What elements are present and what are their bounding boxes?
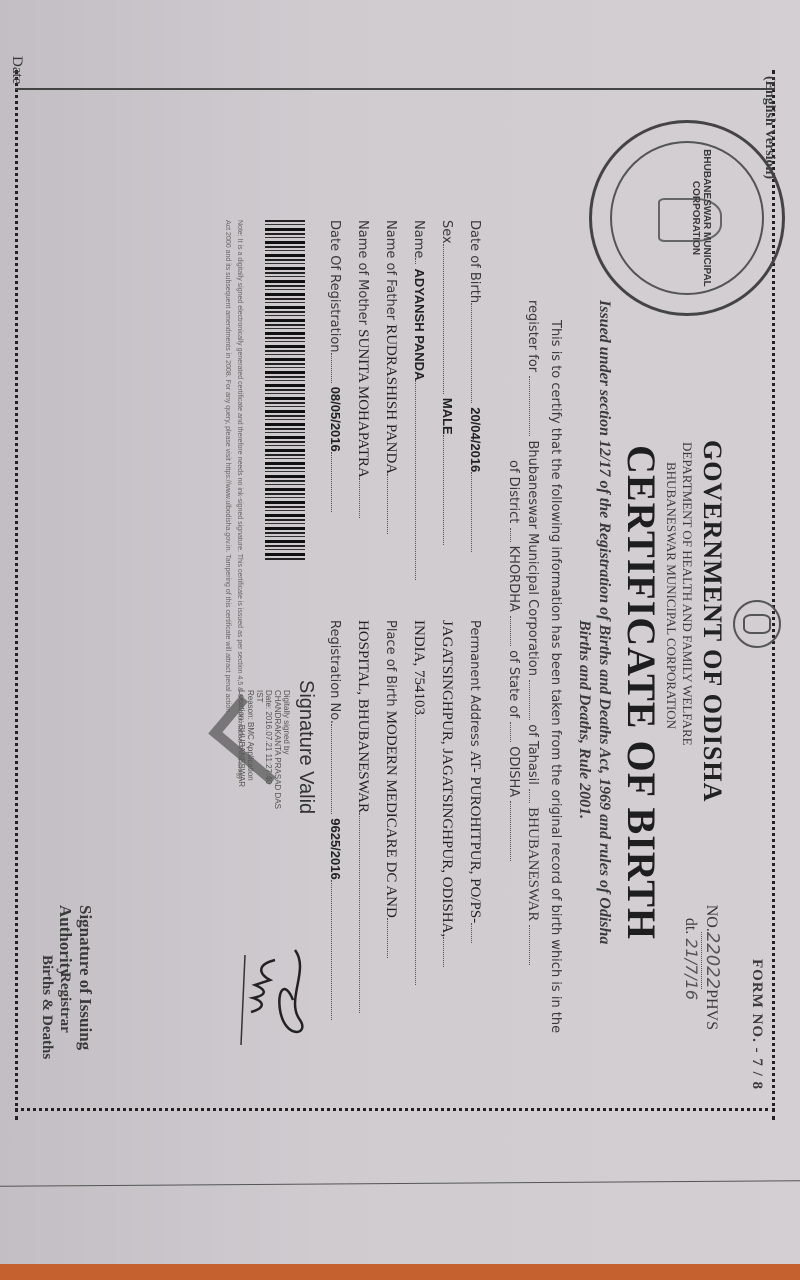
border-right-dotted bbox=[15, 1108, 775, 1111]
registration-number-value: 9625/2016 bbox=[328, 818, 343, 879]
registrar-label: Registrar bbox=[56, 972, 73, 1033]
pob-line-2: HOSPITAL, BHUBANESWAR bbox=[355, 620, 371, 813]
state-label: of State of bbox=[506, 650, 521, 718]
digital-note: Note: It is a digitally signed electroni… bbox=[221, 220, 245, 780]
registration-number-label: Registration No. bbox=[327, 620, 342, 724]
pob-line-1: MODERN MEDICARE DC AND bbox=[383, 711, 399, 918]
dob-value: 20/04/2016 bbox=[468, 407, 483, 472]
father-value: RUDRASHISH PANDA bbox=[383, 324, 399, 474]
dt-prefix: dt. bbox=[682, 918, 699, 934]
no-suffix: PHVS bbox=[703, 989, 720, 1030]
barcode bbox=[265, 220, 305, 560]
father-label: Name of Father bbox=[383, 220, 398, 320]
state-value: ODISHA bbox=[506, 746, 521, 797]
name-value: ADYANSH PANDA bbox=[412, 269, 427, 381]
issued-under-line1: Issued under section 12/17 of the Regist… bbox=[595, 300, 613, 944]
births-deaths-label: Births & Deaths bbox=[38, 955, 55, 1059]
registration-date-value: 08/05/2016 bbox=[328, 387, 343, 452]
handwritten-signature-icon bbox=[225, 940, 315, 1060]
government-title: GOVERNMENT OF ODISHA bbox=[697, 440, 727, 802]
district-value: KHORDHA bbox=[506, 546, 521, 612]
address-line-3: INDIA, 754103 bbox=[411, 620, 427, 715]
district-label: of District bbox=[506, 460, 521, 523]
address-row-3: INDIA, 754103 bbox=[410, 620, 427, 985]
address-line-2: JAGATSINGHPUR, JAGATSINGHPUR, ODISHA, bbox=[439, 620, 455, 937]
mother-label: Name of Mother bbox=[355, 220, 370, 325]
dt-handwritten: 21/7/16 bbox=[682, 938, 701, 1000]
certificate-date: dt. 21/7/16 bbox=[681, 918, 701, 1000]
registration-number-row: Registration No. 9625/2016 bbox=[327, 620, 343, 1020]
tahasil-value: BHUBANESWAR bbox=[525, 807, 541, 921]
certificate-title: CERTIFICATE OF BIRTH bbox=[618, 445, 665, 940]
no-handwritten: 22022 bbox=[702, 932, 723, 989]
certify-text: This is to certify that the following in… bbox=[548, 320, 563, 1033]
dob-row: Date of Birth 20/04/2016 bbox=[467, 220, 483, 552]
issued-under-line2: Births and Deaths, Rule 2001. bbox=[575, 620, 593, 819]
sex-value: MALE bbox=[440, 398, 455, 435]
state-emblem-icon bbox=[733, 600, 781, 648]
name-label: Name bbox=[411, 220, 426, 258]
register-for-line: register for Bhubaneswar Municipal Corpo… bbox=[524, 300, 541, 965]
no-prefix: NO. bbox=[703, 905, 720, 932]
registration-date-label: Date Of Registration bbox=[327, 220, 342, 353]
tahasil-label: of Tahasil bbox=[525, 724, 540, 785]
register-for-value: Bhubaneswar Municipal Corporation bbox=[525, 440, 540, 676]
address-label: Permanent Address bbox=[467, 620, 482, 747]
sex-row: Sex MALE bbox=[439, 220, 455, 545]
pob-label: Place of Birth bbox=[383, 620, 398, 707]
birth-certificate: (English Version) BHUBANESWAR MUNICIPAL … bbox=[15, 60, 785, 1120]
district-line: of District KHORDHA of State of ODISHA bbox=[506, 460, 521, 861]
date-label: Date bbox=[8, 56, 25, 84]
pob-row-2: HOSPITAL, BHUBANESWAR bbox=[354, 620, 371, 1013]
dob-label: Date of Birth bbox=[467, 220, 482, 303]
form-number: FORM NO. - 7 / 8 bbox=[748, 959, 765, 1090]
father-row: Name of Father RUDRASHISH PANDA bbox=[382, 220, 399, 534]
sex-label: Sex bbox=[439, 220, 454, 244]
register-for-label: register for bbox=[525, 300, 540, 372]
address-row-1: Permanent Address AT- PUROHITPUR, PO/PS- bbox=[466, 620, 483, 943]
seal-text: BHUBANESWAR MUNICIPAL CORPORATION bbox=[690, 123, 712, 313]
corporation-title: BHUBANESWAR MUNICIPAL CORPORATION bbox=[663, 462, 679, 729]
border-left-line bbox=[15, 88, 775, 90]
registration-date-row: Date Of Registration 08/05/2016 bbox=[327, 220, 343, 512]
address-line-1: AT- PUROHITPUR, PO/PS- bbox=[467, 751, 483, 923]
address-row-2: JAGATSINGHPUR, JAGATSINGHPUR, ODISHA, bbox=[438, 620, 455, 967]
name-row: Name ADYANSH PANDA bbox=[411, 220, 427, 580]
certificate-number: NO.22022PHVS bbox=[701, 905, 723, 1030]
mother-value: SUNITA MOHAPATRA bbox=[355, 329, 371, 478]
registrar-seal: BHUBANESWAR MUNICIPAL CORPORATION bbox=[589, 120, 785, 316]
table-surface bbox=[0, 1264, 800, 1280]
pob-row-1: Place of Birth MODERN MEDICARE DC AND bbox=[382, 620, 399, 958]
mother-row: Name of Mother SUNITA MOHAPATRA bbox=[354, 220, 371, 518]
department-title: DEPARTMENT OF HEALTH AND FAMILY WELFARE bbox=[679, 442, 695, 746]
